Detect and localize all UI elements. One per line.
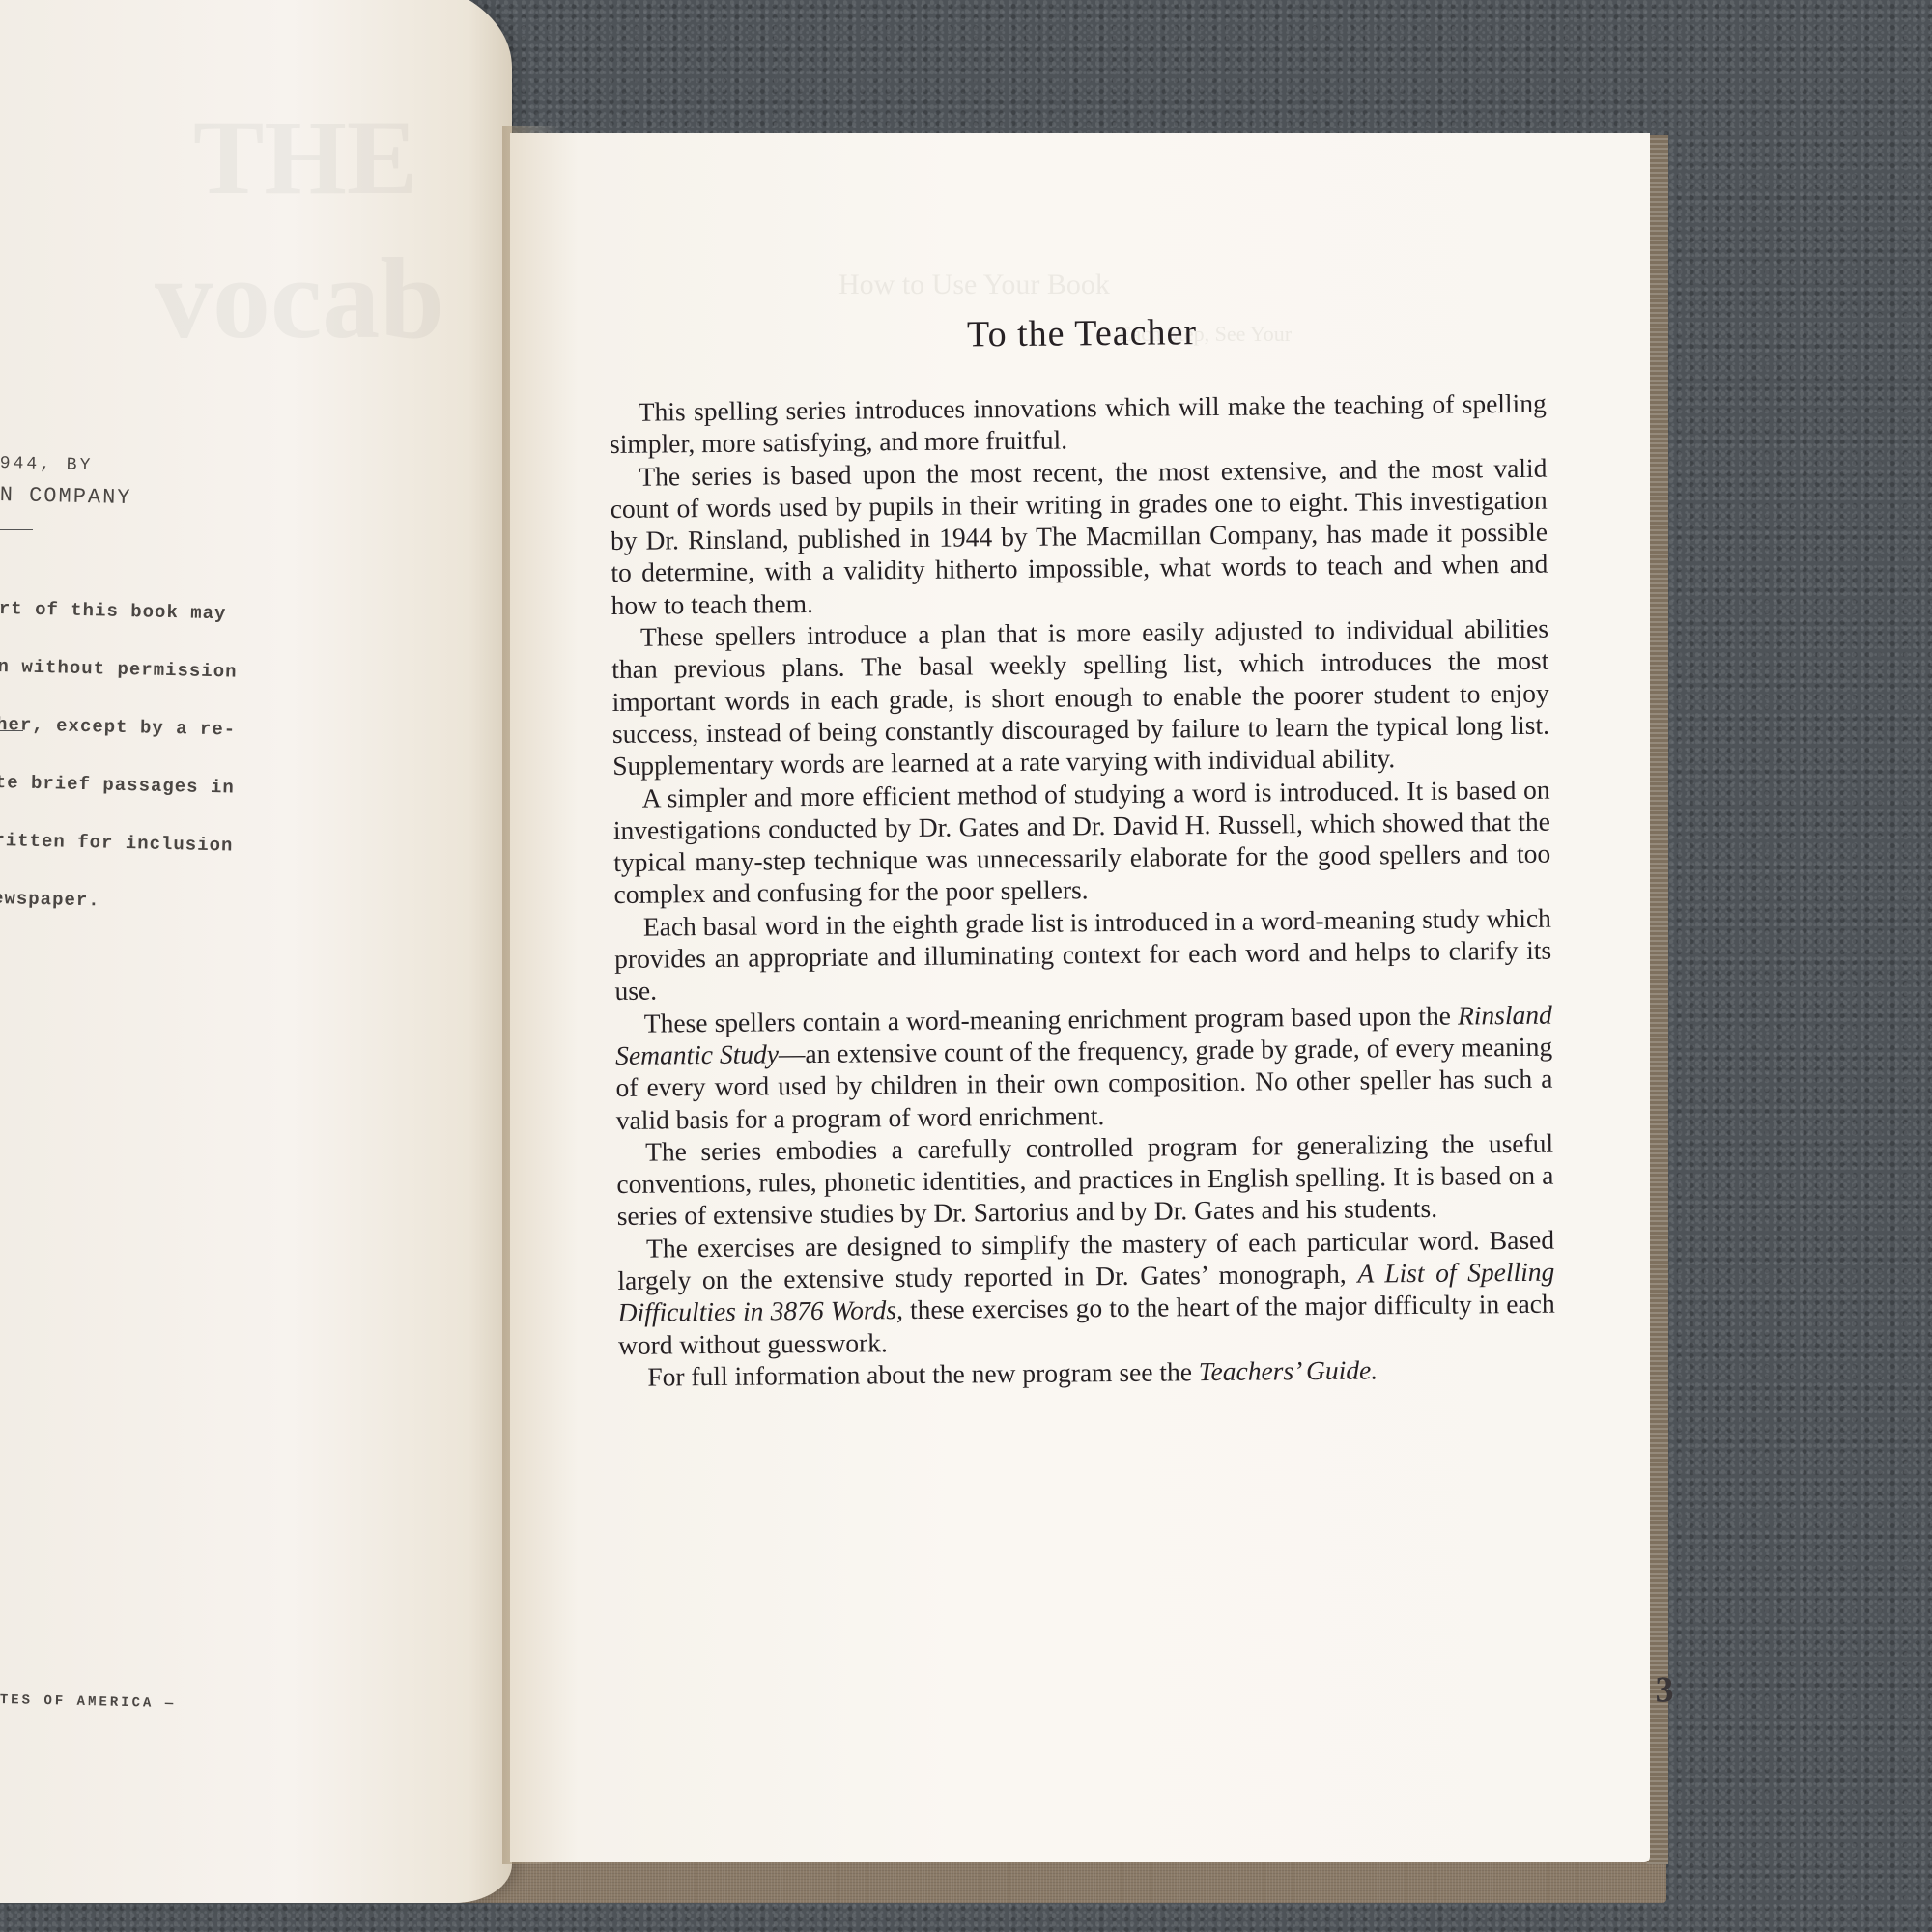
rights-line: te brief passages in [0, 773, 235, 798]
page-title: To the Teacher [802, 310, 1362, 358]
show-through-heading: THE [193, 97, 417, 219]
cover-cloth-edge [1647, 135, 1668, 1864]
page-number: 3 [1655, 1668, 1673, 1711]
rights-line: ewspaper. [0, 889, 232, 914]
paragraph: Each basal word in the eighth grade list… [614, 901, 1552, 1007]
rights-line: her, except by a re- [0, 715, 236, 740]
rights-notice: rt of this book may n without permission… [0, 560, 240, 952]
paragraph: The series is based upon the most recent… [610, 451, 1548, 621]
show-through-word: vocab [155, 232, 444, 365]
body-text: This spelling series introduces innovati… [610, 387, 1556, 1393]
show-through-heading: How to Use Your Book [838, 269, 1110, 301]
paragraph: These spellers introduce a plan that is … [611, 612, 1550, 782]
rights-line: n without permission [0, 657, 238, 682]
paragraph: These spellers contain a word-meaning en… [615, 998, 1553, 1135]
copyright-line: 944, BY [0, 454, 94, 475]
publisher-line: N COMPANY [0, 483, 132, 510]
divider [0, 730, 23, 731]
right-page: How to Use Your Book Each Step, See Your… [510, 133, 1650, 1862]
left-page: THE vocab 944, BY N COMPANY rt of this b… [0, 0, 512, 1903]
paragraph: This spelling series introduces innovati… [610, 387, 1548, 461]
divider [0, 529, 33, 530]
rights-line: ritten for inclusion [0, 831, 234, 856]
printed-in-footer: TES OF AMERICA — [0, 1692, 176, 1712]
paragraph: A simpler and more efficient method of s… [612, 773, 1550, 910]
page-content: To the Teacher This spelling series intr… [607, 125, 1553, 133]
text-run: These spellers contain a word-meaning en… [644, 1000, 1458, 1037]
paragraph: The series embodies a carefully controll… [616, 1126, 1554, 1232]
paragraph: The exercises are designed to simplify t… [617, 1223, 1555, 1360]
guide-title-italic: Teachers’ Guide. [1199, 1354, 1378, 1386]
text-run: For full information about the new progr… [647, 1356, 1199, 1391]
rights-line: rt of this book may [0, 599, 239, 624]
